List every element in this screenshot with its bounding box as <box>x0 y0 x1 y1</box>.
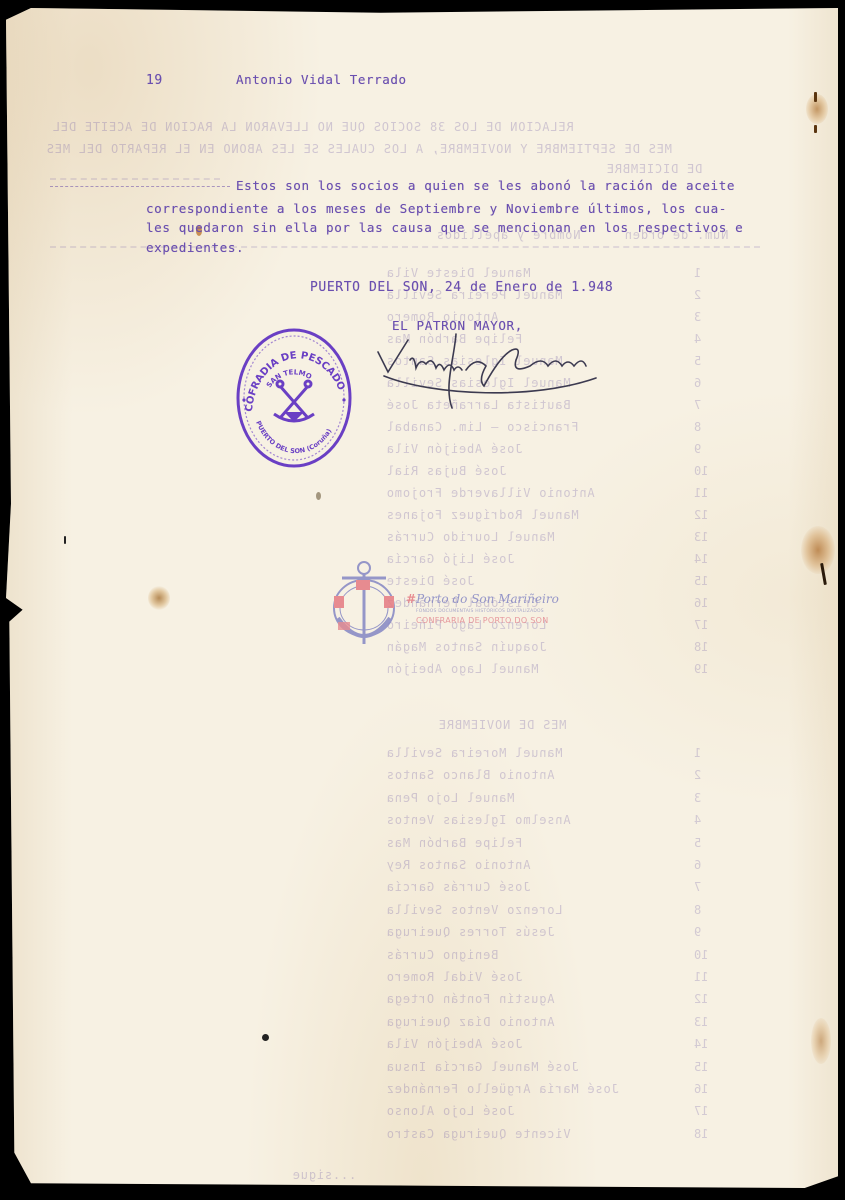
bleed-through-number: 1 <box>694 266 701 280</box>
bleed-through-number: 6 <box>694 858 701 872</box>
bleed-through-number: 7 <box>694 880 701 894</box>
foxing-stain <box>801 526 835 574</box>
bleed-through-name: Felipe Barbón Mas <box>386 836 522 850</box>
bleed-through-number: 3 <box>694 791 701 805</box>
bleed-through-number: 10 <box>694 464 708 478</box>
bleed-through-name: José Abeijón Vila <box>386 1037 522 1051</box>
bleed-through-number: 13 <box>694 530 708 544</box>
bleed-through-name: Francisco — Lim. Canabal <box>386 420 579 434</box>
bleed-through-number: 18 <box>694 1127 708 1141</box>
bleed-through-number: 14 <box>694 1037 708 1051</box>
anchor-lifebuoy-icon <box>328 558 406 654</box>
bleed-through-number: 12 <box>694 992 708 1006</box>
bleed-through-number: 19 <box>694 662 708 676</box>
bleed-through-number: 3 <box>694 310 701 324</box>
body-line: Estos son los socios a quien se les abon… <box>236 180 735 193</box>
bleed-through-name: Manuel Lourido Currás <box>386 530 555 544</box>
foxing-stain <box>811 1018 831 1064</box>
bleed-through-number: 15 <box>694 1060 708 1074</box>
bleed-through-name: Lorenzo Ventos Sevilla <box>386 903 563 917</box>
body-line: correspondiente a los meses de Septiembr… <box>146 203 727 216</box>
bleed-through-line: MES DE SEPTIEMBRE Y NOVIEMBRE, A LOS CUA… <box>46 142 672 156</box>
place-date: PUERTO DEL SON, 24 de Enero de 1.948 <box>310 281 613 294</box>
watermark-brand: #Porto do Son Mariñeiro <box>406 592 559 606</box>
bleed-through-name: Manuel Lago Abeijón <box>386 662 538 676</box>
watermark-subtitle: FONDOS DOCUMENTAIS HISTÓRICOS DIXITALIZA… <box>416 609 544 614</box>
bleed-through-number: 4 <box>694 332 701 346</box>
bleed-through-name: Manuel Moreira Sevilla <box>386 746 563 760</box>
bleed-through-name: Antonio Santos Rey <box>386 858 530 872</box>
bleed-through-number: 12 <box>694 508 708 522</box>
bleed-through-number: 5 <box>694 354 701 368</box>
ink-speck <box>64 536 66 544</box>
bleed-through-number: 6 <box>694 376 701 390</box>
document-page: RELACION DE LOS 38 SOCIOS QUE NO LLEVARO… <box>6 8 838 1188</box>
bleed-through-number: 8 <box>694 903 701 917</box>
bleed-through-number: 11 <box>694 970 708 984</box>
bleed-through-number: 5 <box>694 836 701 850</box>
bleed-through-name: Manuel Lojo Pena <box>386 791 514 805</box>
bleed-through-number: 18 <box>694 640 708 654</box>
stamp-bottom-text: PUERTO DEL SON (Coruña) <box>254 420 333 456</box>
cofradia-stamp: COFRADIA DE PESCADORES SAN TELMO PUERTO … <box>234 326 354 470</box>
bleed-through-number: 16 <box>694 1082 708 1096</box>
bleed-through-line: RELACION DE LOS 38 SOCIOS QUE NO LLEVARO… <box>52 120 574 134</box>
bleed-through-name: Manuel Rodríguez Fojanes <box>386 508 579 522</box>
bleed-through-number: 2 <box>694 288 701 302</box>
signature: Vicente Lourido <box>364 330 609 412</box>
ink-speck <box>814 125 817 133</box>
bleed-through-name: José Abeijón Vila <box>386 442 522 456</box>
bleed-through-number: 4 <box>694 813 701 827</box>
header-name: Antonio Vidal Terrado <box>236 74 407 87</box>
bleed-through-number: 7 <box>694 398 701 412</box>
bleed-through-name: José Lojo Alonso <box>386 1104 514 1118</box>
bleed-through-number: 17 <box>694 618 708 632</box>
bleed-through-rule <box>50 178 220 180</box>
bleed-through-name: José Manuel García Insua <box>386 1060 579 1074</box>
bleed-through-line: DE DICIEMBRE <box>606 162 702 176</box>
foxing-stain <box>806 94 828 124</box>
bleed-through-number: 15 <box>694 574 708 588</box>
bleed-through-number: 2 <box>694 768 701 782</box>
body-line: expedientes. <box>146 242 244 255</box>
watermark-organization: CONFRARIA DE PORTO DO SON <box>416 616 549 625</box>
bleed-through-name: José Vidal Romero <box>386 970 522 984</box>
bleed-through-number: 8 <box>694 420 701 434</box>
bleed-through-name: Antonio Villaverde Frojomo <box>386 486 595 500</box>
bleed-through-number: 13 <box>694 1015 708 1029</box>
bleed-through-name: Vicente Queiruga Castro <box>386 1127 571 1141</box>
archive-watermark: #Porto do Son Mariñeiro FONDOS DOCUMENTA… <box>328 558 538 654</box>
bleed-through-name: José Bujas Rial <box>386 464 506 478</box>
bleed-through-name: José Currás García <box>386 880 530 894</box>
bleed-through-name: José María Argüello Fernández <box>386 1082 619 1096</box>
bleed-through-name: Agustín Fontán Ortega <box>386 992 555 1006</box>
bleed-through-name: Antonio Díaz Queiruga <box>386 1015 555 1029</box>
bleed-through-number: 11 <box>694 486 708 500</box>
ink-speck <box>262 1034 269 1041</box>
bleed-through-number: 16 <box>694 596 708 610</box>
bleed-through-name: Anselmo Iglesias Ventos <box>386 813 571 827</box>
bleed-through-name: Benigno Currás <box>386 948 498 962</box>
bleed-through-number: 17 <box>694 1104 708 1118</box>
bleed-through-line: ...sigue <box>292 1168 356 1182</box>
bleed-through-number: 9 <box>694 925 701 939</box>
typed-dash-rule <box>50 186 230 187</box>
page-number: 19 <box>146 74 163 87</box>
ink-speck <box>814 92 817 102</box>
bleed-through-name: Jesús Torres Queiruga <box>386 925 555 939</box>
bleed-through-number: 1 <box>694 746 701 760</box>
foxing-stain <box>148 586 170 610</box>
bleed-through-number: 10 <box>694 948 708 962</box>
ink-speck <box>316 492 321 500</box>
bleed-through-name: Antonio Blanco Santos <box>386 768 555 782</box>
svg-text:PUERTO DEL SON (Coruña): PUERTO DEL SON (Coruña) <box>254 420 333 456</box>
bleed-through-number: 14 <box>694 552 708 566</box>
bleed-through-name: Manuel Dieste Vila <box>386 266 530 280</box>
bleed-through-number: 9 <box>694 442 701 456</box>
body-line: les quedaron sin ella por las causa que … <box>146 222 743 235</box>
bleed-through-line: MES DE NOVIEMBRE <box>438 718 566 732</box>
